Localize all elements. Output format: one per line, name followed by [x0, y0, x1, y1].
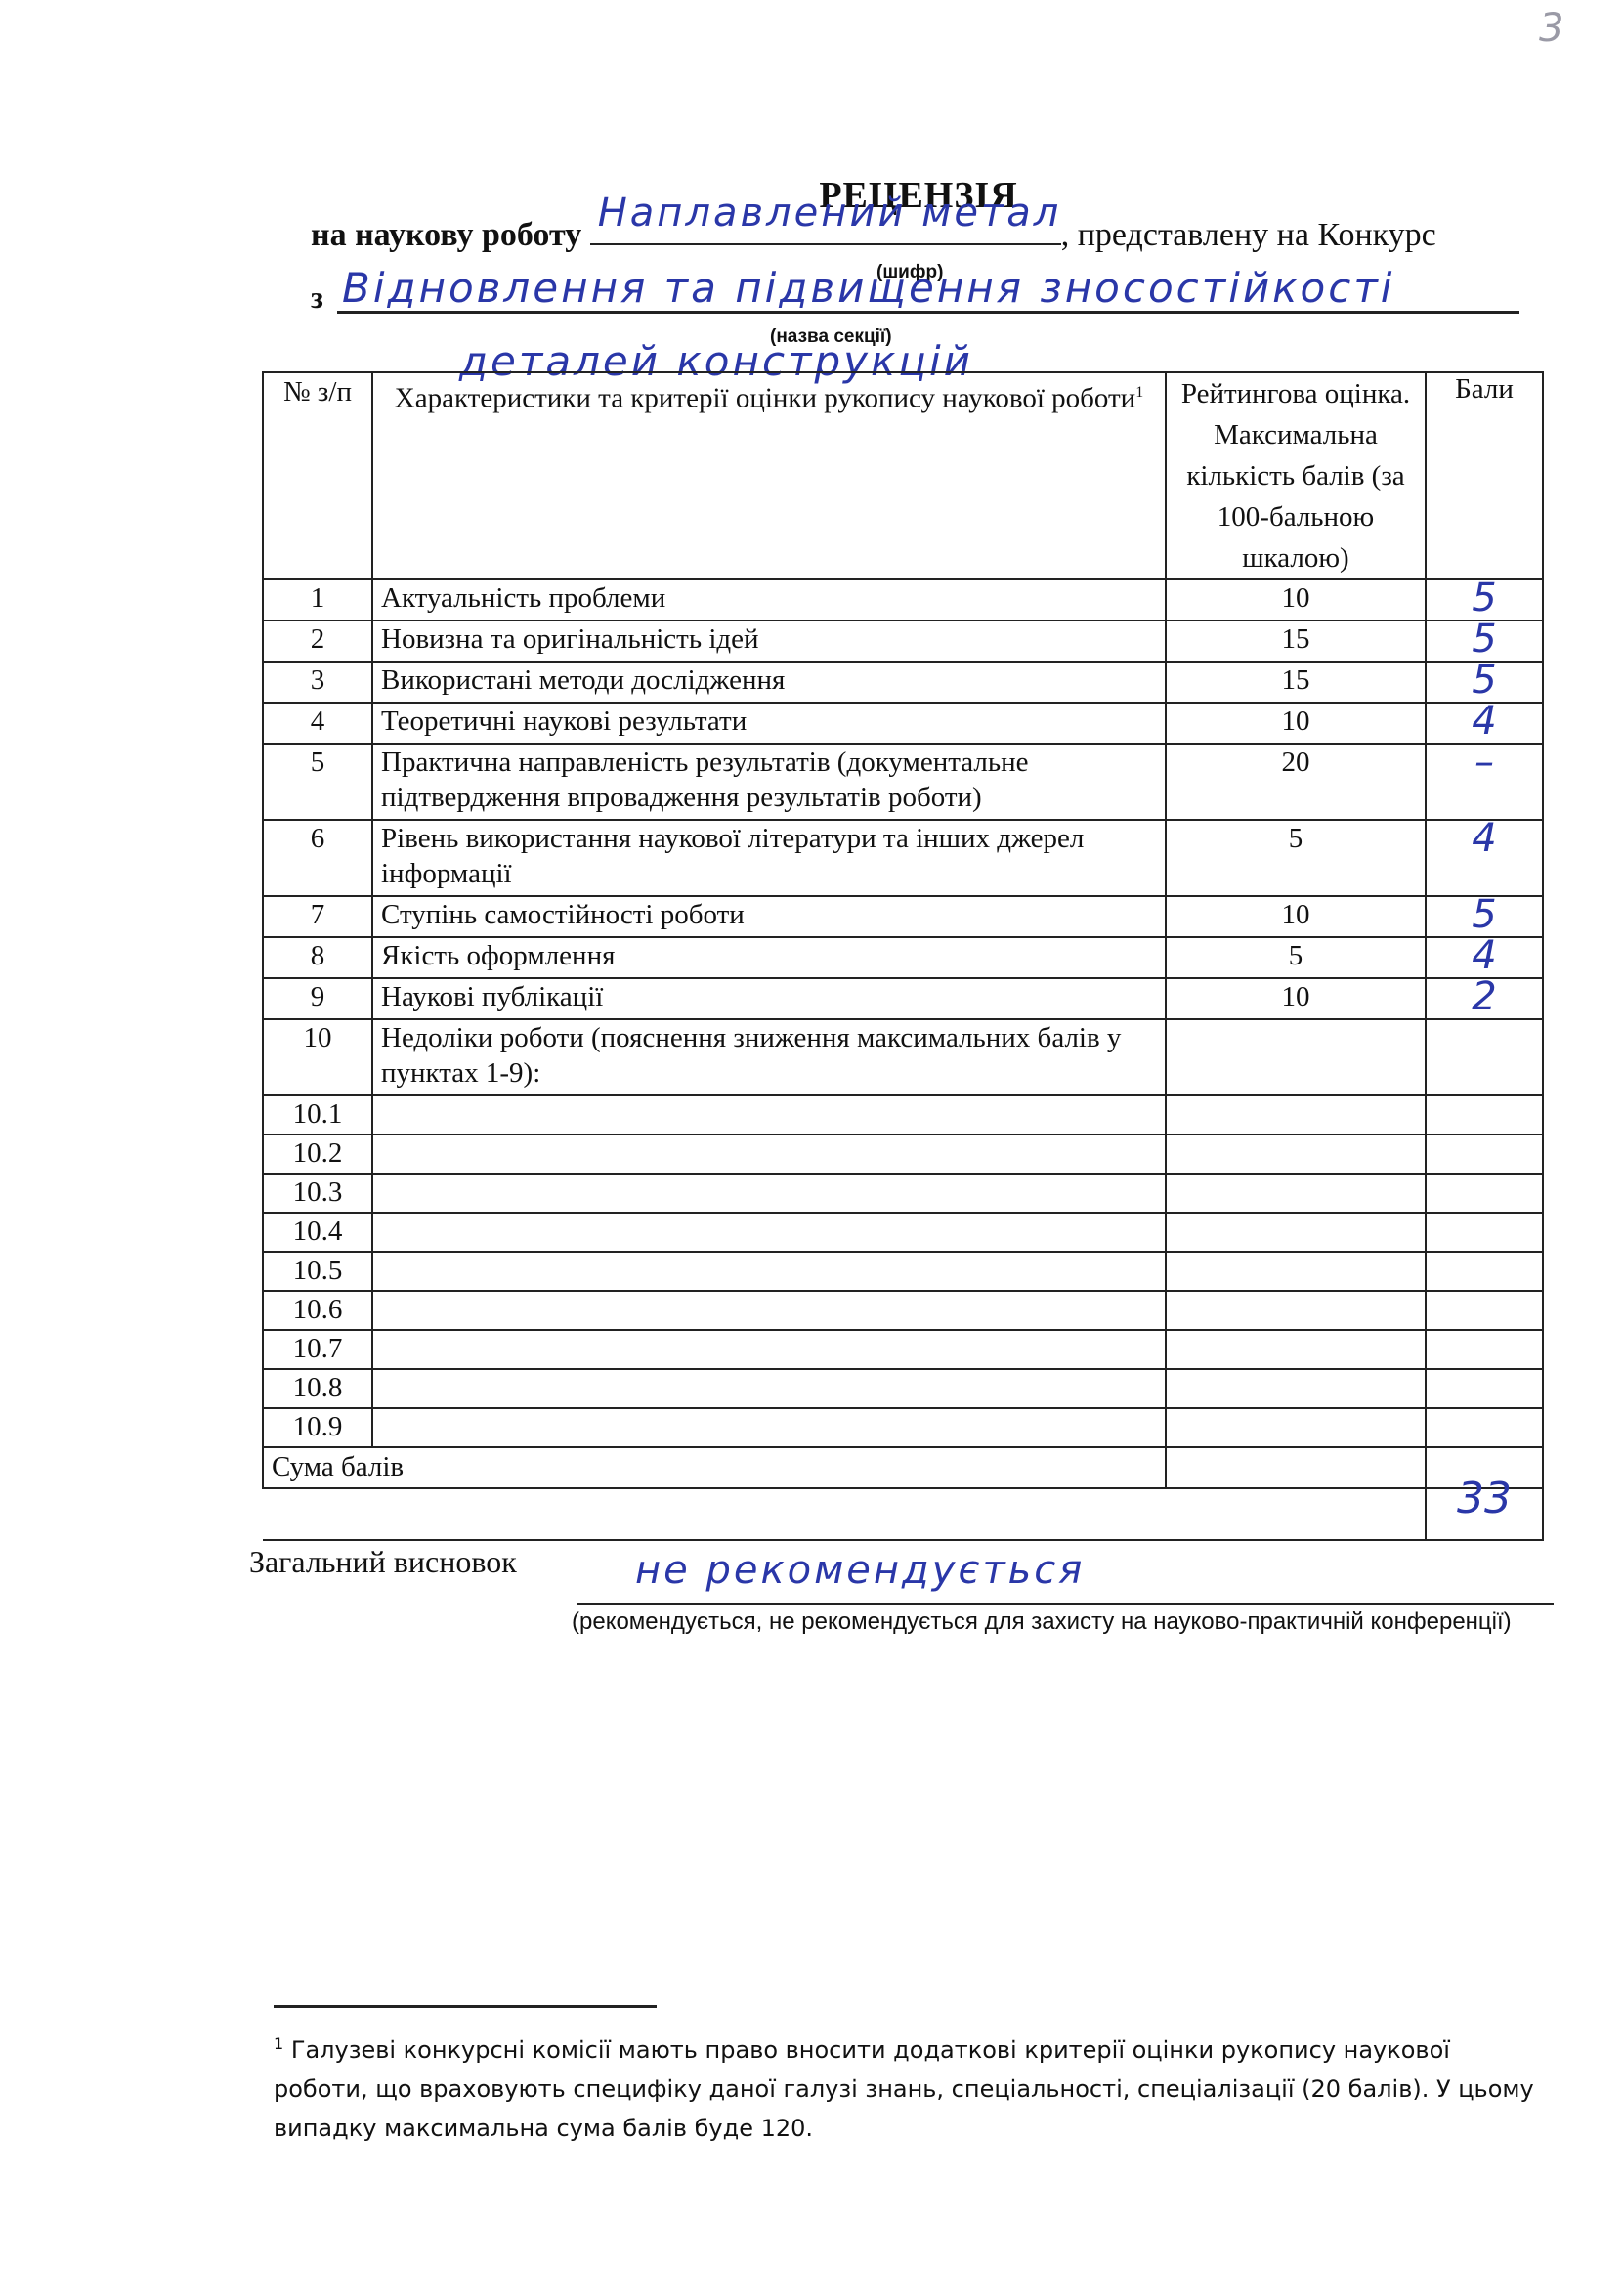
subrow-number: 10.6 [263, 1291, 372, 1330]
table-row: 4Теоретичні наукові результати104 [263, 703, 1543, 744]
row-number: 3 [263, 662, 372, 703]
subrow-rating [1166, 1291, 1426, 1330]
page-number: 3 [1539, 6, 1563, 51]
header-rating: Рейтингова оцінка. Максимальна кількість… [1166, 372, 1426, 579]
table-row: 8Якість оформлення54 [263, 937, 1543, 978]
row-score: 5 [1426, 896, 1543, 937]
subrow-note [372, 1408, 1166, 1447]
subrow-score [1426, 1174, 1543, 1213]
row-score: 5 [1426, 662, 1543, 703]
cipher-field: Наплавлений метал [590, 210, 1061, 245]
footnote-mark: 1 [1135, 384, 1143, 401]
row-criterion: Використані методи дослідження [372, 662, 1166, 703]
conclusion-caption: (рекомендується, не рекомендується для з… [572, 1608, 1512, 1636]
row-max-points: 20 [1166, 744, 1426, 820]
row-number: 7 [263, 896, 372, 937]
row-score-handwritten: 4 [1472, 699, 1496, 744]
row-number: 1 [263, 579, 372, 621]
row-criterion: Якість оформлення [372, 937, 1166, 978]
row-score: 4 [1426, 703, 1543, 744]
footnote-number: 1 [274, 2035, 283, 2053]
table-subrow: 10.7 [263, 1330, 1543, 1369]
row-max-points [1166, 1019, 1426, 1095]
row-score [1426, 1019, 1543, 1095]
subrow-note [372, 1252, 1166, 1291]
table-row: 6Рівень використання наукової літератури… [263, 820, 1543, 896]
row-max-points: 10 [1166, 978, 1426, 1019]
row-criterion: Недоліки роботи (пояснення зниження макс… [372, 1019, 1166, 1095]
cipher-handwritten-value: Наплавлений метал [598, 191, 1062, 236]
row-criterion: Наукові публікації [372, 978, 1166, 1019]
section-line-prefix: з [311, 279, 323, 316]
row-number: 9 [263, 978, 372, 1019]
subrow-score [1426, 1408, 1543, 1447]
row-max-points: 10 [1166, 896, 1426, 937]
work-line-suffix: , представлену на Конкурс [1061, 217, 1436, 253]
total-label: Сума балів [263, 1447, 1166, 1488]
row-score-handwritten: 5 [1472, 576, 1496, 621]
row-score-handwritten: – [1474, 740, 1494, 785]
work-line-prefix: на наукову роботу [311, 217, 581, 253]
table-row: 9Наукові публікації102 [263, 978, 1543, 1019]
row-score: 4 [1426, 820, 1543, 896]
review-criteria-table: № з/п Характеристики та критерії оцінки … [262, 371, 1544, 1541]
header-score: Бали [1426, 372, 1543, 579]
total-score-value: 33 [1426, 1488, 1543, 1540]
subrow-rating [1166, 1408, 1426, 1447]
subrow-rating [1166, 1095, 1426, 1135]
row-score: 4 [1426, 937, 1543, 978]
subrow-note [372, 1291, 1166, 1330]
table-header-row: № з/п Характеристики та критерії оцінки … [263, 372, 1543, 579]
subrow-note [372, 1213, 1166, 1252]
row-number: 8 [263, 937, 372, 978]
header-num: № з/п [263, 372, 372, 579]
row-score: – [1426, 744, 1543, 820]
subrow-number: 10.1 [263, 1095, 372, 1135]
row-number: 5 [263, 744, 372, 820]
row-max-points: 5 [1166, 820, 1426, 896]
subrow-note [372, 1095, 1166, 1135]
row-number: 4 [263, 703, 372, 744]
subrow-rating [1166, 1252, 1426, 1291]
subrow-number: 10.3 [263, 1174, 372, 1213]
subrow-rating [1166, 1330, 1426, 1369]
row-score-handwritten: 5 [1472, 892, 1496, 937]
total-row: Сума балів [263, 1447, 1543, 1488]
table-body: 1Актуальність проблеми1052Новизна та ори… [263, 579, 1543, 1447]
row-criterion: Ступінь самостійності роботи [372, 896, 1166, 937]
row-max-points: 5 [1166, 937, 1426, 978]
row-score: 5 [1426, 621, 1543, 662]
table-row: 3Використані методи дослідження155 [263, 662, 1543, 703]
conclusion-field-rule [577, 1603, 1554, 1605]
subrow-rating [1166, 1213, 1426, 1252]
subrow-rating [1166, 1174, 1426, 1213]
row-max-points: 10 [1166, 579, 1426, 621]
row-max-points: 10 [1166, 703, 1426, 744]
subrow-number: 10.2 [263, 1135, 372, 1174]
table-subrow: 10.4 [263, 1213, 1543, 1252]
row-score-handwritten: 4 [1472, 933, 1496, 978]
row-criterion: Практична направленість результатів (док… [372, 744, 1166, 820]
row-score-handwritten: 5 [1472, 617, 1496, 662]
row-score-handwritten: 2 [1472, 974, 1496, 1019]
table-row: 1Актуальність проблеми105 [263, 579, 1543, 621]
table-row: 7Ступінь самостійності роботи105 [263, 896, 1543, 937]
subrow-note [372, 1135, 1166, 1174]
subrow-score [1426, 1330, 1543, 1369]
table-subrow: 10.5 [263, 1252, 1543, 1291]
subrow-number: 10.7 [263, 1330, 372, 1369]
row-score-handwritten: 5 [1472, 658, 1496, 703]
row-criterion: Актуальність проблеми [372, 579, 1166, 621]
table-subrow: 10.9 [263, 1408, 1543, 1447]
table-row: 2Новизна та оригінальність ідей155 [263, 621, 1543, 662]
row-criterion: Рівень використання наукової літератури … [372, 820, 1166, 896]
table-subrow: 10.8 [263, 1369, 1543, 1408]
subrow-score [1426, 1095, 1543, 1135]
row-number: 2 [263, 621, 372, 662]
footnote-text: Галузеві конкурсні комісії мають право в… [274, 2036, 1534, 2142]
footnote-divider [274, 2005, 657, 2008]
subrow-number: 10.8 [263, 1369, 372, 1408]
table-subrow: 10.2 [263, 1135, 1543, 1174]
work-line: на наукову роботу Наплавлений метал , пр… [311, 210, 1436, 254]
row-score: 5 [1426, 579, 1543, 621]
row-score-handwritten: 4 [1472, 816, 1496, 861]
row-max-points: 15 [1166, 662, 1426, 703]
row-criterion: Теоретичні наукові результати [372, 703, 1166, 744]
subrow-score [1426, 1213, 1543, 1252]
total-value-row: 33 [263, 1488, 1543, 1540]
subrow-number: 10.5 [263, 1252, 372, 1291]
table-subrow: 10.6 [263, 1291, 1543, 1330]
row-number: 10 [263, 1019, 372, 1095]
row-criterion: Новизна та оригінальність ідей [372, 621, 1166, 662]
conclusion-handwritten-value: не рекомендується [635, 1548, 1085, 1593]
footnote: 1 Галузеві конкурсні комісії мають право… [274, 2025, 1534, 2148]
subrow-score [1426, 1252, 1543, 1291]
subrow-number: 10.9 [263, 1408, 372, 1447]
subrow-score [1426, 1135, 1543, 1174]
row-score: 2 [1426, 978, 1543, 1019]
total-value-spacer [263, 1488, 1426, 1540]
row-max-points: 15 [1166, 621, 1426, 662]
conclusion-label: Загальний висновок [249, 1544, 517, 1580]
table-subrow: 10.3 [263, 1174, 1543, 1213]
table-row: 10Недоліки роботи (пояснення зниження ма… [263, 1019, 1543, 1095]
header-criteria: Характеристики та критерії оцінки рукопи… [372, 372, 1166, 579]
section-handwritten-value-line1: Відновлення та підвищення зносостійкості [342, 264, 1394, 312]
subrow-rating [1166, 1369, 1426, 1408]
table-row: 5Практична направленість результатів (до… [263, 744, 1543, 820]
total-rating-cell [1166, 1447, 1426, 1488]
subrow-rating [1166, 1135, 1426, 1174]
table-subrow: 10.1 [263, 1095, 1543, 1135]
subrow-note [372, 1174, 1166, 1213]
subrow-note [372, 1369, 1166, 1408]
subrow-number: 10.4 [263, 1213, 372, 1252]
row-number: 6 [263, 820, 372, 896]
subrow-note [372, 1330, 1166, 1369]
subrow-score [1426, 1369, 1543, 1408]
subrow-score [1426, 1291, 1543, 1330]
